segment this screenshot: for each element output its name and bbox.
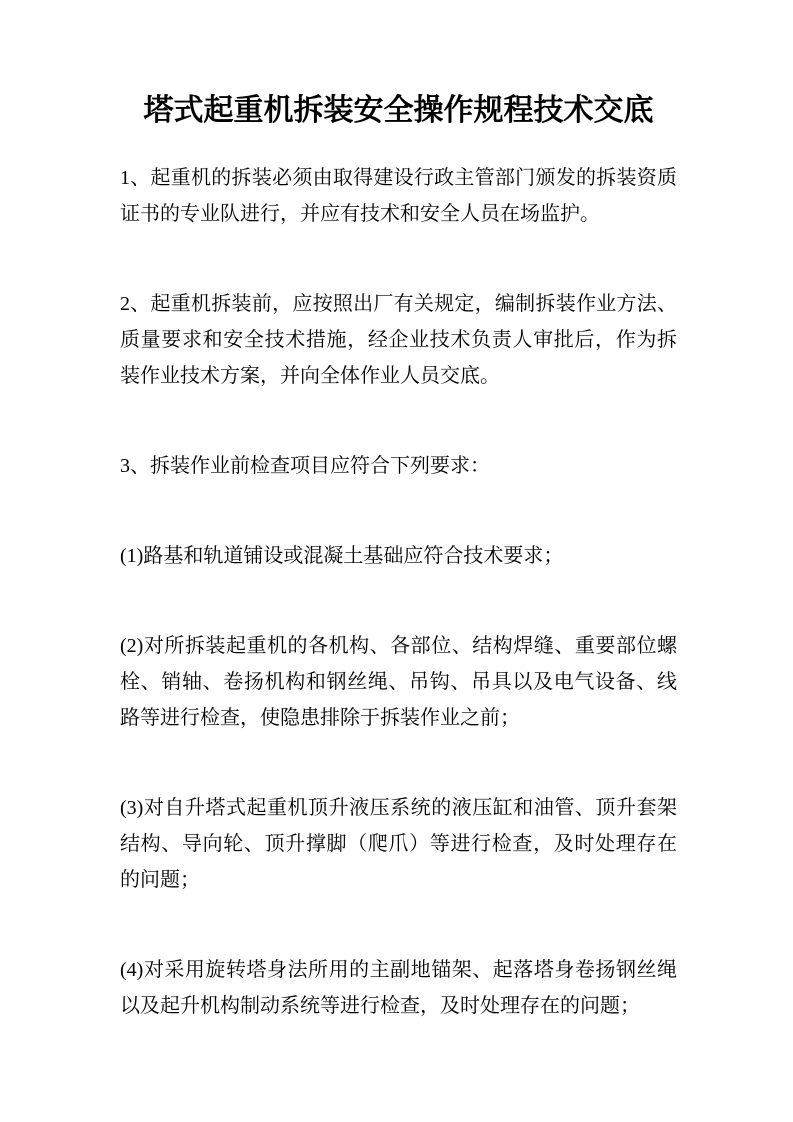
paragraph-3-item-2: (2)对所拆装起重机的各机构、各部位、结构焊缝、重要部位螺栓、销轴、卷扬机构和钢…: [120, 628, 677, 736]
paragraph-3-item-3: (3)对自升塔式起重机顶升液压系统的液压缸和油管、顶升套架结构、导向轮、顶升撑脚…: [120, 790, 677, 898]
paragraph-3: 3、拆装作业前检查项目应符合下列要求：: [120, 448, 677, 484]
document-title: 塔式起重机拆装安全操作规程技术交底: [120, 90, 677, 132]
paragraph-2: 2、起重机拆装前，应按照出厂有关规定，编制拆装作业方法、质量要求和安全技术措施，…: [120, 286, 677, 394]
paragraph-1: 1、起重机的拆装必须由取得建设行政主管部门颁发的拆装资质证书的专业队进行，并应有…: [120, 160, 677, 232]
document-page: 塔式起重机拆装安全操作规程技术交底 1、起重机的拆装必须由取得建设行政主管部门颁…: [0, 0, 793, 1122]
paragraph-3-item-4: (4)对采用旋转塔身法所用的主副地锚架、起落塔身卷扬钢丝绳以及起升机构制动系统等…: [120, 952, 677, 1024]
paragraph-3-item-1: (1)路基和轨道铺设或混凝土基础应符合技术要求；: [120, 538, 677, 574]
